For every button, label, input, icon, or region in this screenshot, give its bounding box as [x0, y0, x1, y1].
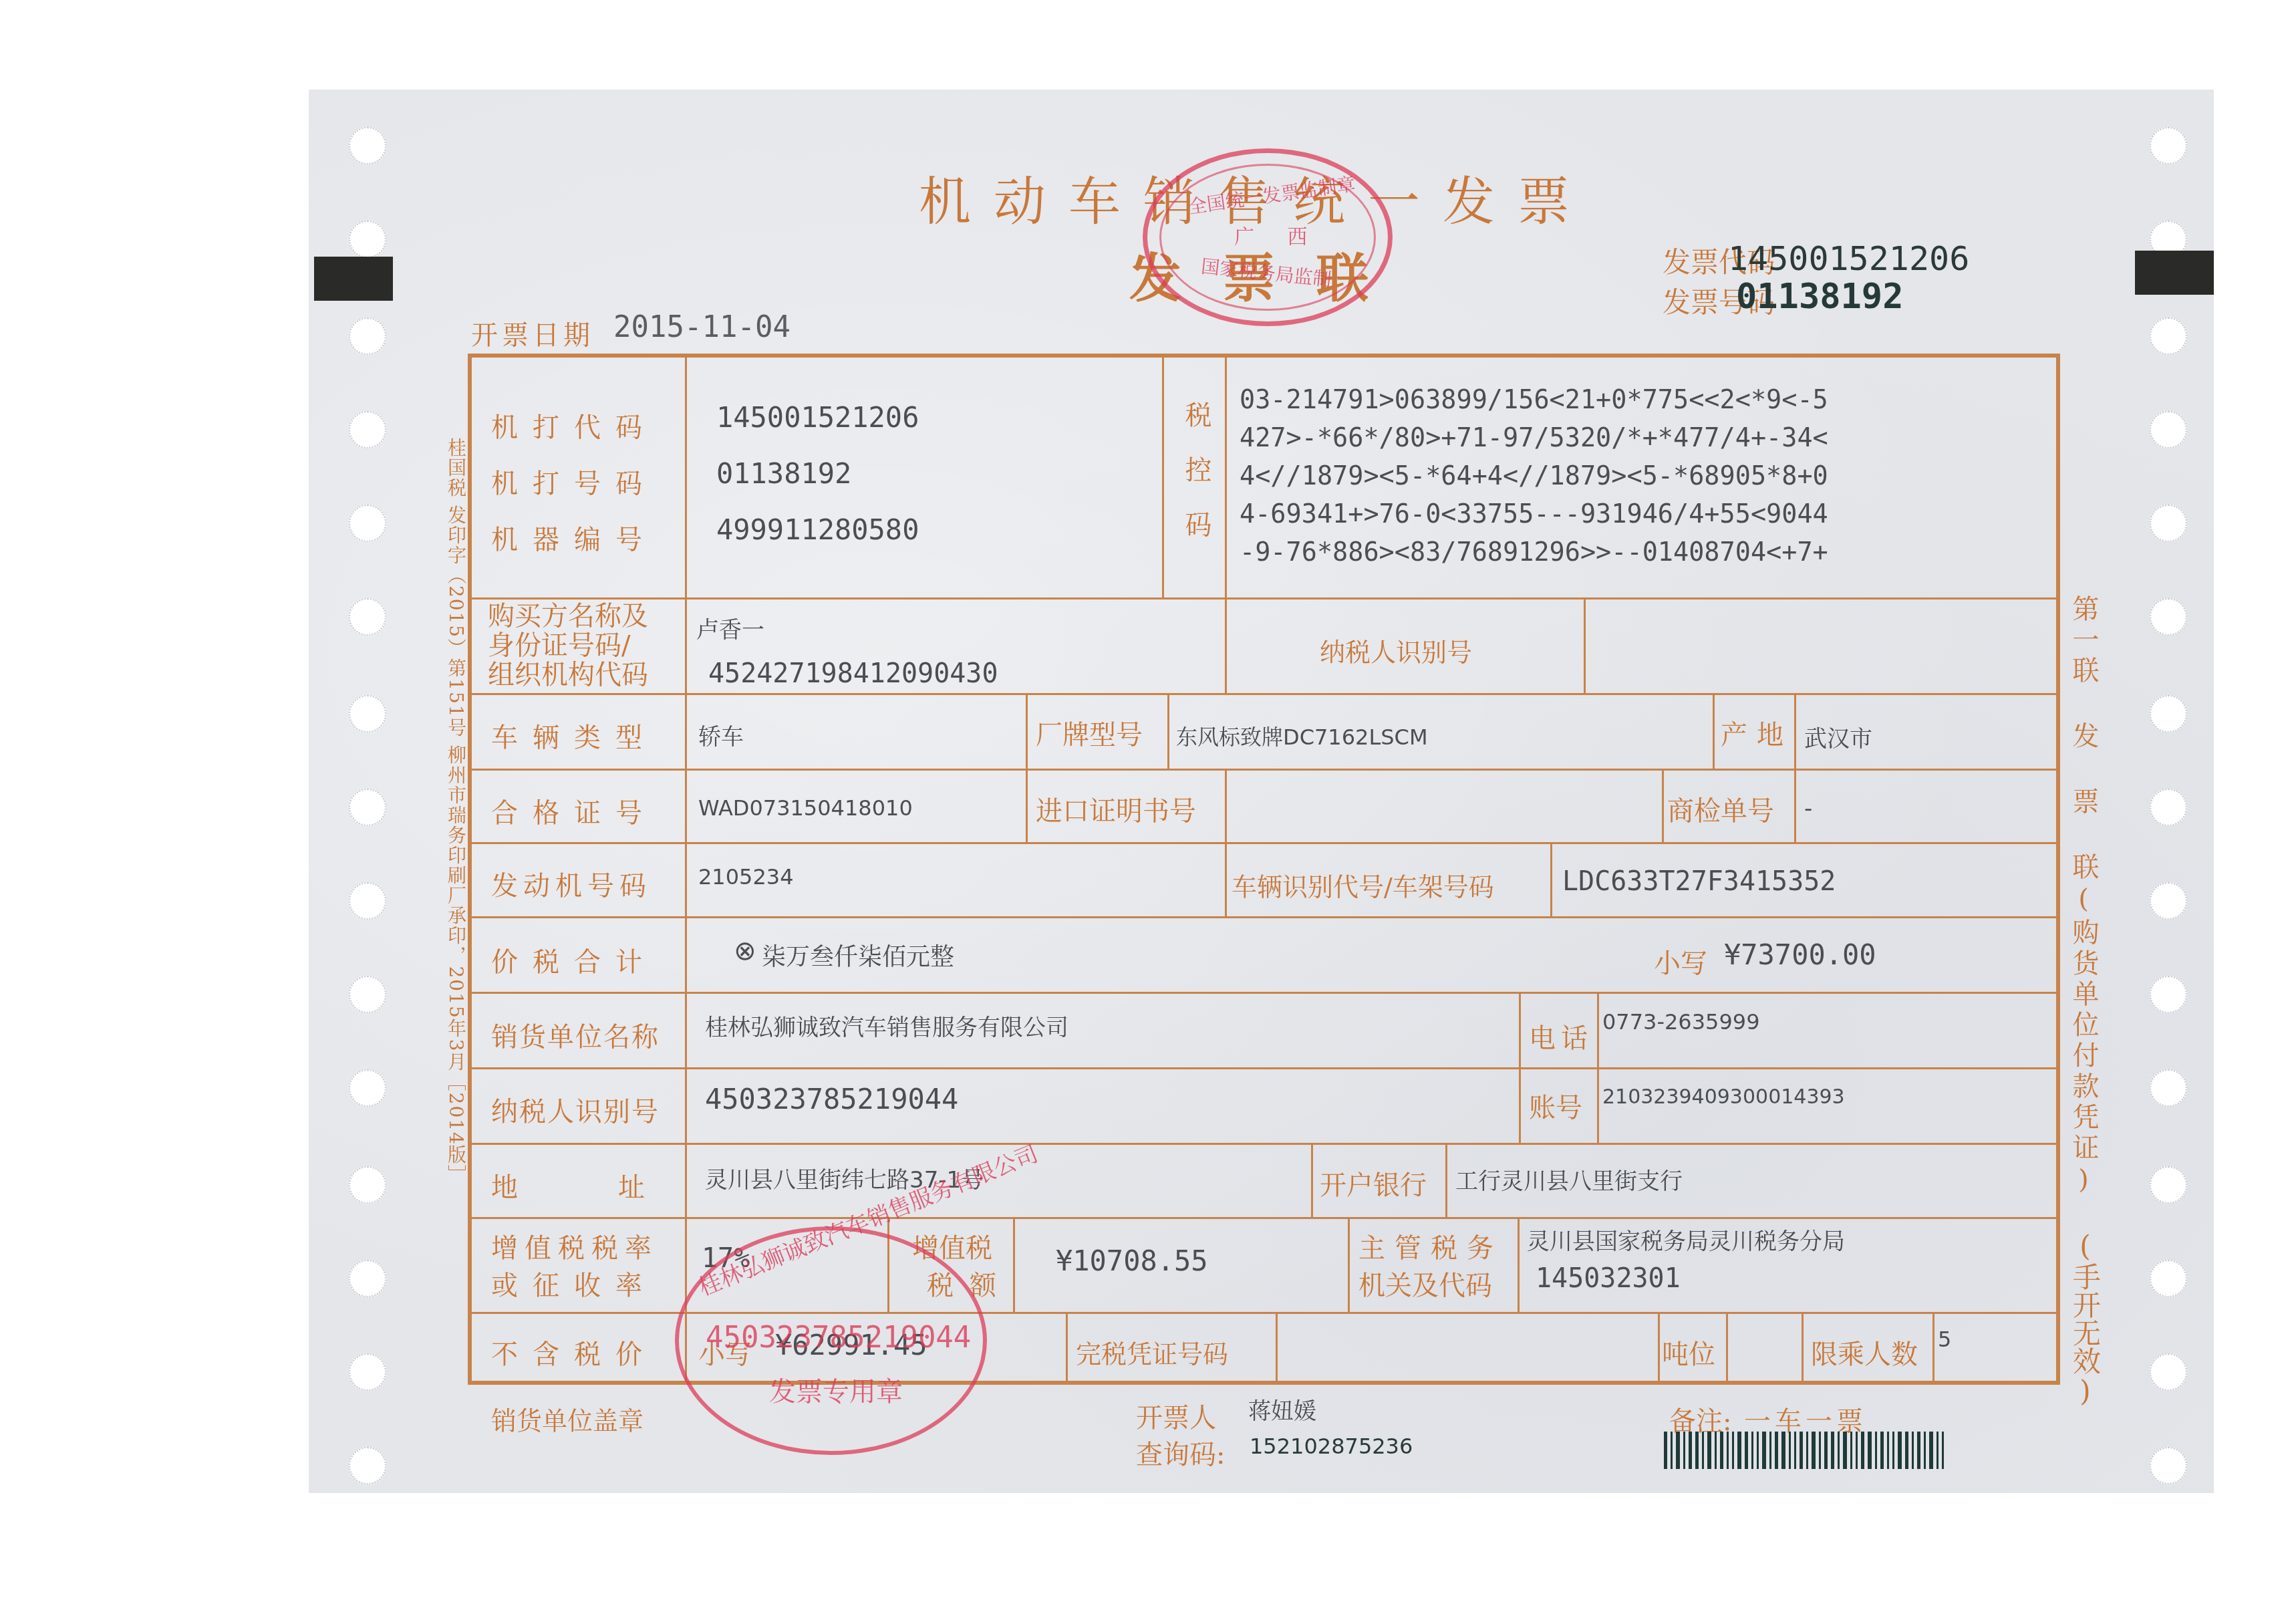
barcode-bar: [1812, 1432, 1816, 1469]
engine-label: 发动机号码: [491, 865, 652, 903]
invoice-title: 机动车销售统一发票: [919, 160, 1592, 235]
machine-serial-value: 499911280580: [716, 513, 919, 546]
seats: 5: [1938, 1327, 1951, 1352]
copy-designation: 第一联 发 票 联(购货单位付款凭证): [2065, 595, 2103, 1199]
brand-model-label: 厂牌型号: [1036, 714, 1143, 752]
account-label: 账号: [1529, 1087, 1582, 1125]
tax-control-line: 03-214791>063899/156<21+0*775<<2<*9<-5: [1240, 381, 1828, 419]
machine-serial-label: 机器编号: [491, 519, 657, 557]
vat-amount: ¥10708.55: [1056, 1244, 1208, 1277]
barcode-bar: [1929, 1432, 1933, 1469]
inspection-label: 商检单号: [1667, 790, 1774, 828]
barcode-bar: [1924, 1432, 1926, 1469]
feed-hole: [349, 1069, 386, 1107]
feed-hole: [2150, 598, 2187, 636]
tax-control-label: 税控码: [1177, 401, 1215, 565]
vat-rate: 17%: [702, 1243, 750, 1274]
barcode-bar: [1838, 1432, 1840, 1469]
feed-hole: [2150, 695, 2187, 732]
vat-rate-label: 增值税税率 或征收率: [491, 1230, 658, 1305]
invoice-subtitle: 发票联: [1129, 237, 1410, 312]
feed-hole: [349, 598, 386, 636]
bank-label: 开户银行: [1320, 1164, 1427, 1202]
feed-hole: [349, 1166, 386, 1204]
barcode-bar: [1875, 1432, 1877, 1469]
alignment-mark-right: [2135, 251, 2214, 295]
feed-hole: [349, 411, 386, 448]
barcode-bar: [1769, 1432, 1771, 1469]
printing-info: 桂国税 发印字（2015）第151号 柳州市瑞务印刷厂承印，2015年3月［20…: [442, 438, 469, 1186]
barcode-bar: [1737, 1432, 1741, 1469]
barcode-bar: [1676, 1432, 1680, 1469]
feed-hole: [349, 976, 386, 1013]
machine-number-value: 01138192: [716, 457, 851, 490]
certificate-label: 合格证号: [491, 792, 657, 830]
feed-hole: [349, 1353, 386, 1391]
feed-hole: [2150, 882, 2187, 920]
pretax-small-label: 小写: [698, 1333, 752, 1371]
seller-taxpayer-id-label: 纳税人识别号: [491, 1091, 660, 1129]
vehicle-type: 轿车: [698, 718, 744, 751]
barcode-bar: [1887, 1432, 1889, 1469]
total-label: 价税合计: [491, 941, 657, 979]
feed-hole: [349, 789, 386, 826]
machine-code-value: 145001521206: [716, 401, 919, 434]
feed-hole: [2150, 505, 2187, 542]
barcode-bar: [1683, 1432, 1685, 1469]
feed-hole: [349, 505, 386, 542]
barcode-bar: [1819, 1432, 1821, 1469]
buyer-id-number: 452427198412090430: [708, 658, 998, 689]
total-symbol-icon: ⊗: [734, 936, 756, 966]
barcode-bar: [1806, 1432, 1808, 1469]
issue-date: 2015-11-04: [613, 310, 791, 344]
barcode-bar: [1892, 1432, 1894, 1469]
tax-control-line: 4-69341+>76-0<33755---931946/4+55<9044: [1240, 495, 1828, 533]
brand-model: 东风标致牌DC7162LSCM: [1176, 720, 1428, 751]
barcode-bar: [1861, 1432, 1864, 1469]
seats-label: 限乘人数: [1811, 1333, 1918, 1371]
barcode-bar: [1905, 1432, 1908, 1469]
invoice-code: 145001521206: [1728, 239, 1969, 278]
issuer: 蒋妞媛: [1248, 1393, 1316, 1426]
buyer-label: 购买方名称及 身份证号码/ 组织机构代码: [488, 601, 648, 690]
tax-authority-code: 145032301: [1536, 1263, 1681, 1294]
barcode-bar: [1868, 1432, 1872, 1469]
feed-hole: [2150, 317, 2187, 355]
vin-label: 车辆识别代号/车架号码: [1232, 866, 1494, 903]
barcode-bar: [1789, 1432, 1791, 1469]
barcode-bar: [1781, 1432, 1785, 1469]
barcode-bar: [1715, 1432, 1717, 1469]
total-amount-words: 柒万叁仟柒佰元整: [762, 938, 954, 972]
barcode: [1664, 1432, 1947, 1469]
barcode-bar: [1664, 1432, 1667, 1469]
feed-hole: [349, 1260, 386, 1297]
barcode-bar: [1695, 1432, 1699, 1469]
feed-hole: [2150, 1069, 2187, 1107]
address: 灵川县八里街纬七路37-1号: [705, 1162, 984, 1194]
feed-hole: [349, 127, 386, 164]
barcode-bar: [1720, 1432, 1723, 1469]
barcode-bar: [1850, 1432, 1852, 1469]
bank: 工行灵川县八里街支行: [1455, 1163, 1683, 1196]
feed-hole: [349, 221, 386, 258]
machine-code-label: 机打代码: [491, 406, 657, 444]
import-cert-label: 进口证明书号: [1036, 790, 1196, 828]
feed-hole: [2150, 411, 2187, 448]
feed-hole: [349, 695, 386, 732]
barcode-bar: [1775, 1432, 1778, 1469]
buyer-name: 卢香一: [696, 612, 764, 644]
engine-number: 2105234: [698, 864, 794, 890]
barcode-bar: [1702, 1432, 1704, 1469]
barcode-bar: [1912, 1432, 1914, 1469]
barcode-bar: [1936, 1432, 1939, 1469]
feed-hole: [2150, 976, 2187, 1013]
alignment-mark-left: [314, 257, 393, 301]
tax-control-line: 4<//1879><5-*64+4<//1879><5-*68905*8+0: [1240, 457, 1828, 495]
barcode-bar: [1757, 1432, 1759, 1469]
vat-amount-label: 增值税 税额: [912, 1230, 1012, 1305]
seller-name-label: 销货单位名称: [491, 1016, 660, 1054]
tax-control-line: 427>-*66*/80>+71-97/5320/*+*477/4+-34<: [1240, 419, 1828, 457]
feed-hole: [349, 882, 386, 920]
origin-label: 产地: [1721, 714, 1793, 752]
barcode-bar: [1745, 1432, 1748, 1469]
barcode-bar: [1824, 1432, 1828, 1469]
phone-label: 电话: [1529, 1017, 1593, 1055]
feed-hole: [2150, 127, 2187, 164]
vin: LDC633T27F3415352: [1562, 866, 1836, 897]
feed-hole: [2150, 1353, 2187, 1391]
barcode-bar: [1751, 1432, 1753, 1469]
pretax-label: 不含税价: [491, 1333, 657, 1371]
barcode-bar: [1707, 1432, 1711, 1469]
barcode-bar: [1762, 1432, 1766, 1469]
barcode-bar: [1794, 1432, 1796, 1469]
seller-name: 桂林弘狮诚致汽车销售服务有限公司: [705, 1009, 1068, 1042]
barcode-bar: [1671, 1432, 1673, 1469]
origin: 武汉市: [1804, 720, 1872, 753]
feed-hole: [349, 1447, 386, 1484]
issue-date-label: 开票日期: [471, 314, 594, 352]
query-code: 152102875236: [1250, 1434, 1413, 1459]
certificate: WAD073150418010: [698, 795, 913, 821]
buyer-taxpayer-id-label: 纳税人识别号: [1320, 632, 1472, 668]
feed-hole: [349, 317, 386, 355]
feed-hole: [2150, 789, 2187, 826]
vehicle-type-label: 车辆类型: [491, 716, 657, 755]
barcode-bar: [1880, 1432, 1884, 1469]
invoice-number: 01138192: [1736, 277, 1903, 317]
barcode-bar: [1942, 1432, 1944, 1469]
barcode-bar: [1732, 1432, 1734, 1469]
pretax-amount: ¥62991.45: [775, 1329, 927, 1361]
tax-authority-name: 灵川县国家税务局灵川税务分局: [1527, 1223, 1845, 1256]
barcode-bar: [1831, 1432, 1834, 1469]
barcode-bar: [1689, 1432, 1692, 1469]
barcode-bar: [1856, 1432, 1858, 1469]
feed-hole: [2150, 1260, 2187, 1297]
feed-hole: [2150, 1166, 2187, 1204]
tax-authority-label: 主管税务 机关及代码: [1358, 1230, 1503, 1305]
barcode-bar: [1727, 1432, 1729, 1469]
barcode-bar: [1800, 1432, 1803, 1469]
machine-number-label: 机打号码: [491, 462, 657, 501]
account: 2103239409300014393: [1602, 1085, 1845, 1109]
query-code-label: 查询码:: [1136, 1434, 1225, 1472]
feed-hole: [2150, 1447, 2187, 1484]
tonnage-label: 吨位: [1662, 1333, 1715, 1371]
tax-control-code: 03-214791>063899/156<21+0*775<<2<*9<-542…: [1240, 381, 1828, 571]
issuer-label: 开票人: [1136, 1397, 1216, 1435]
total-amount: ¥73700.00: [1724, 938, 1876, 971]
seller-seal-label: 销货单位盖章: [491, 1400, 643, 1437]
inspection: -: [1804, 795, 1812, 822]
duty-paid-label: 完税凭证号码: [1076, 1333, 1228, 1370]
barcode-bar: [1917, 1432, 1920, 1469]
handwritten-invalid-note: (手开无效): [2065, 1230, 2105, 1407]
total-small-label: 小写: [1654, 942, 1707, 980]
phone: 0773-2635999: [1602, 1009, 1760, 1035]
tax-control-line: -9-76*886><83/76891296>>--01408704<+7+: [1240, 533, 1828, 571]
barcode-bar: [1843, 1432, 1847, 1469]
barcode-bar: [1898, 1432, 1902, 1469]
seller-taxpayer-id: 450323785219044: [705, 1083, 958, 1115]
